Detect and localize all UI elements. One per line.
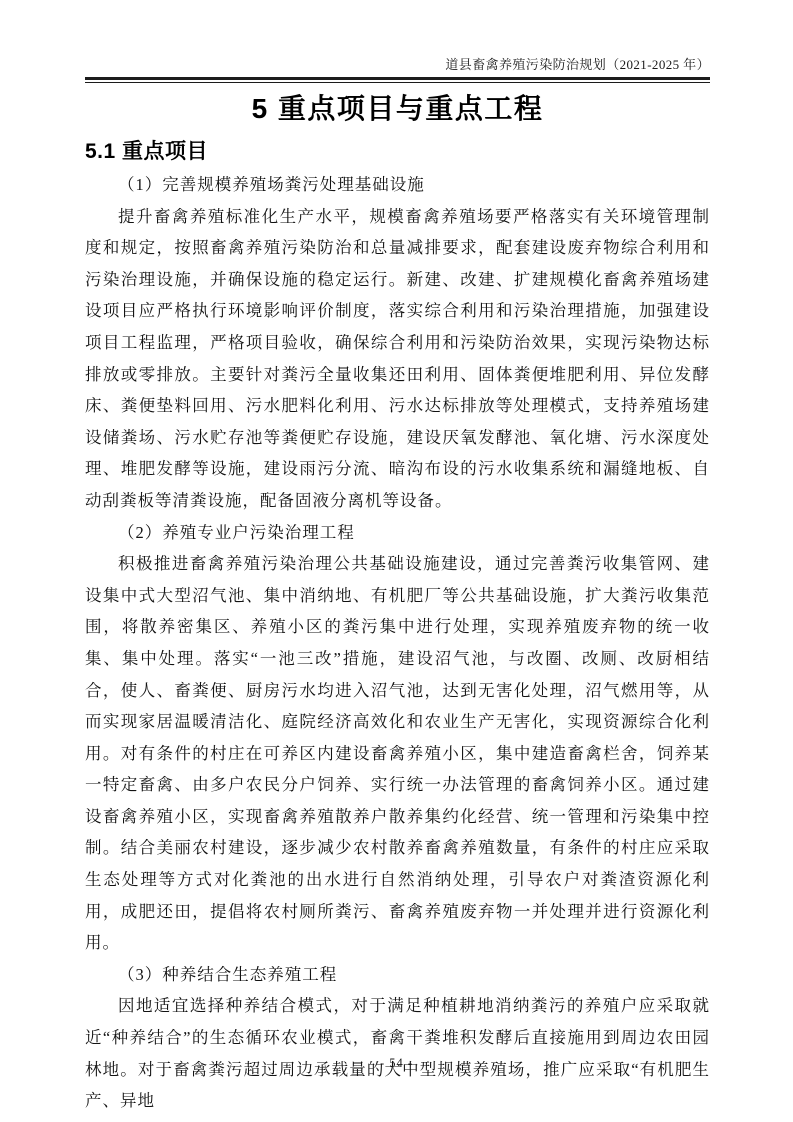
- chapter-title: 5 重点项目与重点工程: [85, 88, 710, 130]
- body-text: （1）完善规模养殖场粪污处理基础设施 提升畜禽养殖标准化生产水平，规模畜禽养殖场…: [85, 169, 710, 1117]
- body-paragraph-3: 因地适宜选择种养结合模式，对于满足种植耕地消纳粪污的养殖户应采取就近“种养结合”…: [85, 990, 710, 1116]
- subsection-heading-2: （2）养殖专业户污染治理工程: [85, 517, 710, 549]
- document-page: 道县畜禽养殖污染防治规划（2021-2025 年） 5 重点项目与重点工程 5.…: [0, 0, 793, 1122]
- subsection-heading-1: （1）完善规模养殖场粪污处理基础设施: [85, 169, 710, 201]
- subsection-heading-3: （3）种养结合生态养殖工程: [85, 959, 710, 991]
- section-heading: 5.1 重点项目: [85, 138, 710, 166]
- header-double-rule: [85, 77, 710, 83]
- body-paragraph-1: 提升畜禽养殖标准化生产水平，规模畜禽养殖场要严格落实有关环境管理制度和规定，按照…: [85, 201, 710, 517]
- page-header-title: 道县畜禽养殖污染防治规划（2021-2025 年）: [85, 57, 710, 73]
- page-content: 道县畜禽养殖污染防治规划（2021-2025 年） 5 重点项目与重点工程 5.…: [0, 0, 793, 1117]
- body-paragraph-2: 积极推进畜禽养殖污染治理公共基础设施建设，通过完善粪污收集管网、建设集中式大型沼…: [85, 548, 710, 959]
- page-number: - 54 -: [0, 1056, 793, 1071]
